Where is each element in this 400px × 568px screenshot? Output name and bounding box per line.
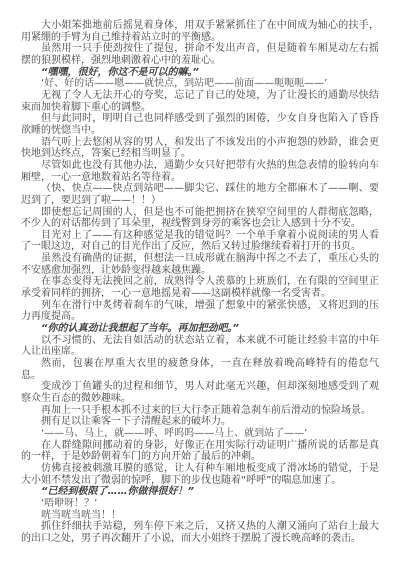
dialogue-line-bold: “你的认真劲让我想起了当年。再加把劲吧。” bbox=[21, 323, 379, 335]
narration-paragraph: 尽管如此也没有其他办法，通勤少女只好把带有火热的焦急表情的脸转向车厢壁，一心一意… bbox=[21, 160, 379, 183]
narration-paragraph: 虽然没有确凿的证据，但想法一旦成形就在脑海中挥之不去了，重压心头的不安感愈加强烈… bbox=[21, 253, 379, 276]
reader-background: { "colors": { "background": "#ffffff", "… bbox=[0, 0, 400, 568]
narration-paragraph: 列车在滑行中炙烤着刹车的气味，增强了想象中的紧张快感，又将迟到的压力再度提高。 bbox=[21, 300, 379, 323]
dialogue-line-bold: “已经到极限了……你做得很好！” bbox=[21, 486, 379, 498]
narration-paragraph: 抓住纤细扶手站稳，列车停下来之后，又挤又热的人潮又涌向了站台上最大的出口之处，男… bbox=[21, 521, 379, 544]
narration-paragraph: 变成沙丁鱼罐头的过程和细节，男人对此毫无兴趣，但却深刻地感受到了观察众生百态的微… bbox=[21, 381, 379, 404]
narration-paragraph: 拥有足以让乘客一下子清醒起来的破坏力。 bbox=[21, 416, 379, 428]
narration-paragraph: 语气听上去悠闲从容的男人，和发出了不该发出的小声抱怨的妙龄，谁会更快地到达终点，… bbox=[21, 137, 379, 160]
novel-text-page: 大小姐笨拙地前后摇晃着身体，用双手紧紧抓住了在中间成为轴心的扶手，用紧绷的手臂为… bbox=[21, 20, 379, 545]
narration-paragraph: 再加上一只手根本抓不过来的巨大行李正随着急刹车前后滑动的惊险场景。 bbox=[21, 405, 379, 417]
inner-thought-paren-line: （快、快点——快点到站吧——脚尖它、踩住的地方全都麻木了——啊、要迟到了，要迟到… bbox=[21, 183, 379, 206]
narration-paragraph: 目光对上了——有这种感觉是我的错觉吗？一个单手拿着小说阅读的男人看了一眼这边，对… bbox=[21, 230, 379, 253]
inner-voice-line: ‘——马、马上，就——呼、呼呜呜——马上、就到站了——’ bbox=[21, 428, 379, 440]
narration-paragraph: 在事态变得无法挽回之前，成熟得令人羡慕的上班族们，在有限的空间里正承受着同样的拥… bbox=[21, 276, 379, 299]
narration-paragraph: 即使想忘记周围的人，但是也不可能把拥挤在狭窄空间里的人群彻底忽略，不少人的对话都… bbox=[21, 207, 379, 230]
narration-paragraph: 虽然用一只手使劲按住了提包，拼命不发出声音，但是随着车厢晃动左右摇摆的狼狈模样，… bbox=[21, 43, 379, 66]
narration-paragraph: 大小姐笨拙地前后摇晃着身体，用双手紧紧抓住了在中间成为轴心的扶手，用紧绷的手臂为… bbox=[21, 20, 379, 43]
narration-paragraph: 仿佛直接被刺激耳膜的感觉，让人有种车厢地板变成了滑冰场的错觉，于是大小姐不禁发出… bbox=[21, 463, 379, 486]
narration-paragraph: 在人群缝隙间挪动着的身影，好像正在用实际行动证明广播所说的话都是真的一样，于是妙… bbox=[21, 440, 379, 463]
narration-paragraph: 但与此同时，明明自己也同样感受到了强烈的困倦，少女自身也陷入了昏昏欲睡的恍惚当中… bbox=[21, 113, 379, 136]
narration-paragraph: 无视了令人无法开心的夸奖，忘记了自己的处境，为了让漫长的通勤尽快结束而加快着脚下… bbox=[21, 90, 379, 113]
narration-paragraph: 以不习惯的、无法自如活动的状态站立着，本来就不可能让经验丰富的中年人让出座席。 bbox=[21, 335, 379, 358]
narration-paragraph: 然而，包裹在厚重大衣里的疲惫身体，一直在释放着晚高峰特有的倦怠气息。 bbox=[21, 358, 379, 381]
narration-paragraph: 咣当咣当咣当！！ bbox=[21, 510, 379, 522]
dialogue-line-bold: “嘿嘿，很好，你这不是可以的嘛。” bbox=[21, 67, 379, 79]
inner-voice-line: ‘唔咿呀！？’ bbox=[21, 498, 379, 510]
inner-voice-line: ‘好、好的话——嗯——就快点，到站吧——前面——呃呃呃——’ bbox=[21, 78, 379, 90]
